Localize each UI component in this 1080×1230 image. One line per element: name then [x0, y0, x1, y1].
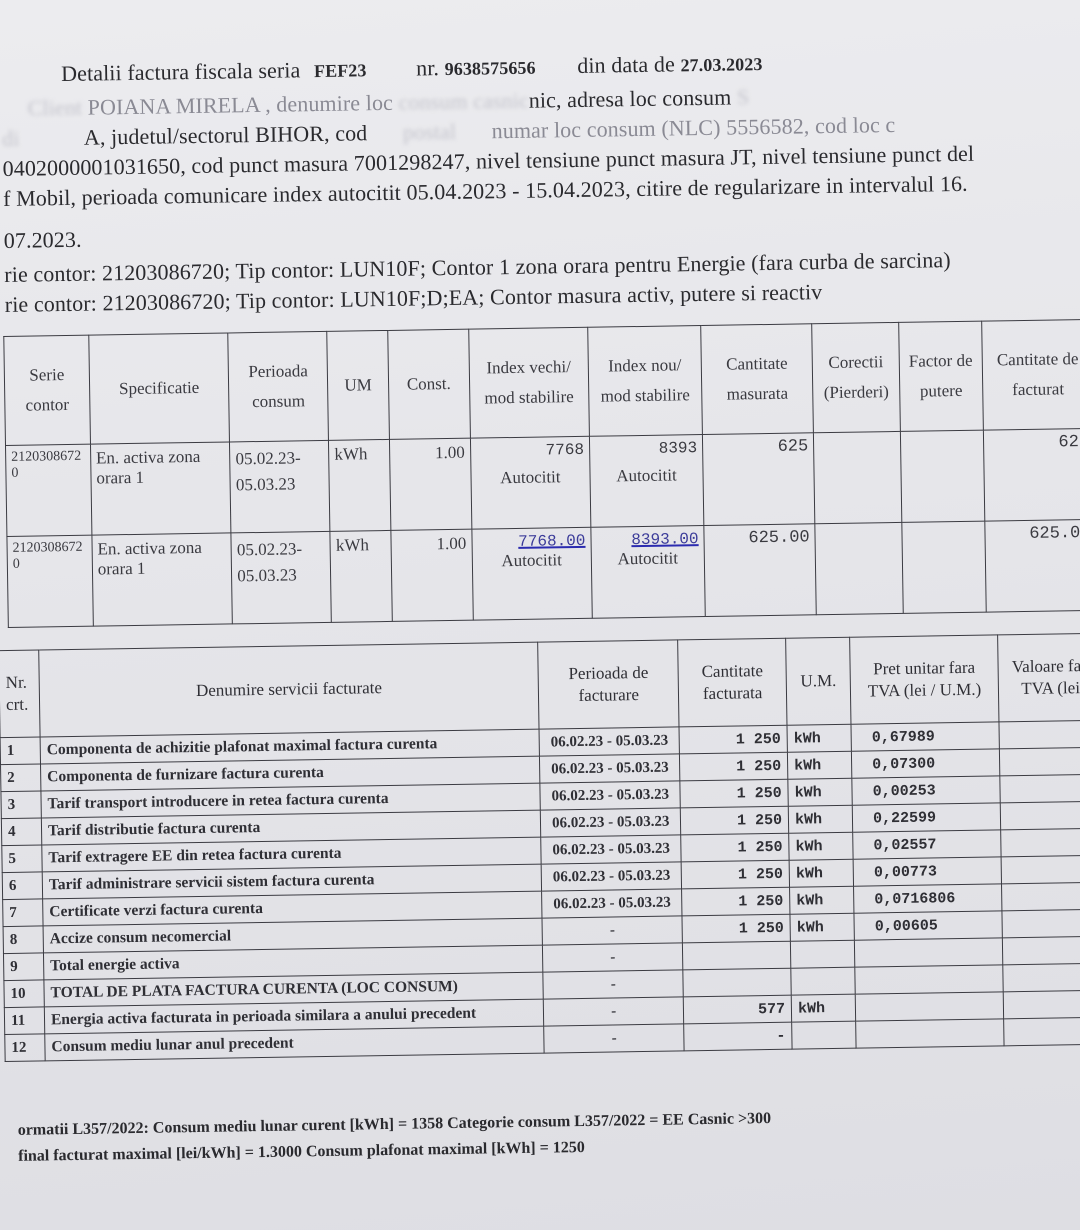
unit-price: 0,02557 [853, 830, 1001, 859]
spec-cell: En. activa zona orara 1 [90, 442, 231, 535]
meter-readings-table: Serie contor Specificatie Perioada consu… [3, 319, 1080, 628]
billing-period: 06.02.23 - 05.03.23 [540, 754, 680, 783]
unit: kWh [789, 859, 853, 887]
power-factor-cell [902, 521, 986, 613]
col-name: Denumire servicii facturate [39, 642, 540, 737]
value-without-vat [1002, 936, 1080, 965]
serie-cell: 2120308672 0 [5, 444, 91, 536]
col-cantitate: Cantitate masurata [701, 324, 814, 435]
billing-period: 06.02.23 - 05.03.23 [541, 862, 681, 891]
invoice-page: Detalii factura fiscala seria FEF23 nr. … [0, 0, 1080, 1230]
unit: kWh [788, 778, 852, 806]
value-without-vat [1002, 882, 1080, 911]
row-number: 10 [4, 980, 44, 1008]
row-number: 2 [1, 764, 41, 792]
corrections-cell [814, 431, 902, 523]
old-index-cell: 7768.00Autocitit [472, 527, 593, 620]
billing-period: 06.02.23 - 05.03.23 [541, 808, 681, 837]
unit: kWh [790, 913, 854, 941]
nlc-text: numar loc consum (NLC) 5556582, cod loc … [491, 112, 895, 143]
meter-table-header: Serie contor Specificatie Perioada consu… [4, 319, 1080, 445]
law-info-line-2: final facturat maximal [lei/kWh] = 1.300… [18, 1139, 585, 1166]
row-number: 9 [3, 953, 43, 981]
regularization-date: 07.2023. [4, 227, 82, 253]
unit-price [855, 965, 1003, 994]
col-nr: Nr. crt. [0, 650, 40, 738]
unit-price [855, 992, 1003, 1021]
col-qty: Cantitate facturata [678, 638, 787, 727]
billing-period: - [543, 970, 683, 999]
billed-quantity: 1 250 [682, 887, 790, 916]
unit-price: 0,0716806 [854, 884, 1002, 913]
col-um: UM [327, 330, 389, 440]
unit-price: 0,00773 [853, 857, 1001, 886]
col-index-nou: Index nou/ mod stabilire [588, 326, 703, 437]
services-table-header: Nr. crt. Denumire servicii facturate Per… [0, 633, 1080, 737]
billing-period: - [544, 997, 684, 1026]
billed-quantity: 1 250 [680, 806, 788, 835]
county-text: A, judetul/sectorul BIHOR, cod [84, 120, 368, 149]
col-specificatie: Specificatie [89, 333, 230, 444]
value-without-vat [999, 720, 1080, 749]
redacted-text: S [737, 84, 750, 109]
billing-period: 06.02.23 - 05.03.23 [541, 835, 681, 864]
date-label: din data de [577, 51, 675, 78]
title-label: Detalii factura fiscala seria [61, 57, 301, 86]
invoice-date: 27.03.2023 [680, 54, 762, 75]
value-without-vat [1003, 990, 1080, 1019]
power-factor-cell [900, 430, 984, 522]
value-without-vat [1000, 801, 1080, 830]
billed-quantity [683, 941, 791, 970]
const-cell: 1.00 [389, 438, 471, 530]
col-value: Valoare fara TVA (lei) [998, 633, 1080, 722]
consumption-address-label: nic, adresa loc consum [529, 85, 732, 113]
client-label: Client [28, 95, 83, 121]
value-without-vat [1004, 1017, 1080, 1046]
billed-qty-cell: 625.00 [985, 519, 1080, 612]
unit: kWh [788, 805, 852, 833]
corrections-cell [815, 522, 903, 614]
new-index-cell: 8393.00Autocitit [591, 526, 706, 619]
period-cell: 05.02.23-05.03.23 [230, 440, 330, 533]
measured-cell: 625 [702, 433, 815, 526]
unit-price: 0,00253 [852, 776, 1000, 805]
unit: kWh [790, 886, 854, 914]
billing-period: - [542, 916, 682, 945]
value-without-vat [1002, 909, 1080, 938]
billed-quantity: - [684, 1022, 792, 1051]
billing-period: - [543, 943, 683, 972]
billing-period: 06.02.23 - 05.03.23 [542, 889, 682, 918]
serie-cell: 2120308672 0 [7, 535, 93, 627]
law-info-line-1: ormatii L357/2022: Consum mediu lunar cu… [18, 1110, 772, 1140]
value-without-vat [1001, 855, 1080, 884]
spec-cell: En. activa zona orara 1 [92, 533, 233, 626]
client-line-5: 07.2023. [4, 227, 82, 254]
value-without-vat [1001, 828, 1080, 857]
redacted-text: postal [403, 119, 457, 145]
number-label: nr. [416, 55, 439, 80]
unit: kWh [791, 994, 855, 1022]
old-index-cell: 7768Autocitit [470, 436, 591, 529]
col-corectii: Corectii (Pierderi) [812, 322, 901, 432]
billed-quantity: 1 250 [680, 752, 788, 781]
invoice-series: FEF23 [314, 60, 367, 81]
billed-services-table: Nr. crt. Denumire servicii facturate Per… [0, 633, 1080, 1062]
billed-quantity: 1 250 [680, 779, 788, 808]
billed-quantity: 1 250 [681, 833, 789, 862]
unit-price: 0,00605 [854, 911, 1002, 940]
measured-cell: 625.00 [704, 524, 817, 617]
unit-price: 0,67989 [851, 722, 999, 751]
col-factor: Factor de putere [899, 321, 984, 431]
billed-quantity: 1 250 [681, 860, 789, 889]
const-cell: 1.00 [391, 529, 473, 621]
col-index-vechi: Index vechi/ mod stabilire [468, 327, 589, 438]
billing-period: - [544, 1024, 684, 1053]
row-number: 5 [2, 845, 42, 873]
invoice-header: Detalii factura fiscala seria FEF23 nr. … [61, 50, 763, 87]
billing-period: 06.02.23 - 05.03.23 [540, 781, 680, 810]
value-without-vat [1003, 963, 1080, 992]
unit-price [854, 938, 1002, 967]
col-serie: Serie contor [4, 335, 91, 445]
billing-period: 06.02.23 - 05.03.23 [539, 727, 679, 756]
row-number: 6 [2, 872, 42, 900]
row-number: 4 [1, 818, 41, 846]
col-facturat: Cantitate de facturat [981, 319, 1080, 430]
unit: kWh [787, 724, 851, 752]
redacted-text: consum casnic [398, 88, 529, 115]
col-price: Pret unitar fara TVA (lei / U.M.) [850, 635, 999, 724]
unit [791, 940, 855, 968]
invoice-number: 9638575656 [444, 58, 535, 79]
client-name: POIANA MIRELA , denumire loc [87, 90, 393, 120]
row-number: 3 [1, 791, 41, 819]
col-um: U.M. [786, 637, 851, 725]
unit-price: 0,07300 [851, 749, 999, 778]
billed-qty-cell: 625 [983, 428, 1080, 521]
billed-quantity: 577 [683, 995, 791, 1024]
table-row: 2120308672 0 En. activa zona orara 1 05.… [5, 428, 1080, 536]
col-const: Const. [388, 329, 471, 439]
row-number: 8 [3, 926, 43, 954]
unit [791, 967, 855, 995]
um-cell: kWh [330, 530, 392, 622]
unit-price: 0,22599 [852, 803, 1000, 832]
billed-quantity: 1 250 [682, 914, 790, 943]
unit [792, 1021, 856, 1049]
unit: kWh [789, 832, 853, 860]
billed-quantity [683, 968, 791, 997]
value-without-vat [1000, 774, 1080, 803]
table-row: 2120308672 0 En. activa zona orara 1 05.… [7, 519, 1080, 627]
row-number: 12 [5, 1034, 45, 1062]
col-period: Perioada de facturare [538, 640, 679, 729]
new-index-cell: 8393Autocitit [589, 435, 704, 528]
billed-quantity: 1 250 [679, 725, 787, 754]
row-number: 7 [3, 899, 43, 927]
unit: kWh [788, 751, 852, 779]
value-without-vat [999, 747, 1080, 776]
um-cell: kWh [329, 439, 391, 531]
row-number: 1 [0, 737, 40, 765]
row-number: 11 [4, 1007, 44, 1035]
unit-price [856, 1019, 1004, 1048]
col-perioada: Perioada consum [228, 331, 329, 442]
period-cell: 05.02.23-05.03.23 [231, 531, 331, 624]
